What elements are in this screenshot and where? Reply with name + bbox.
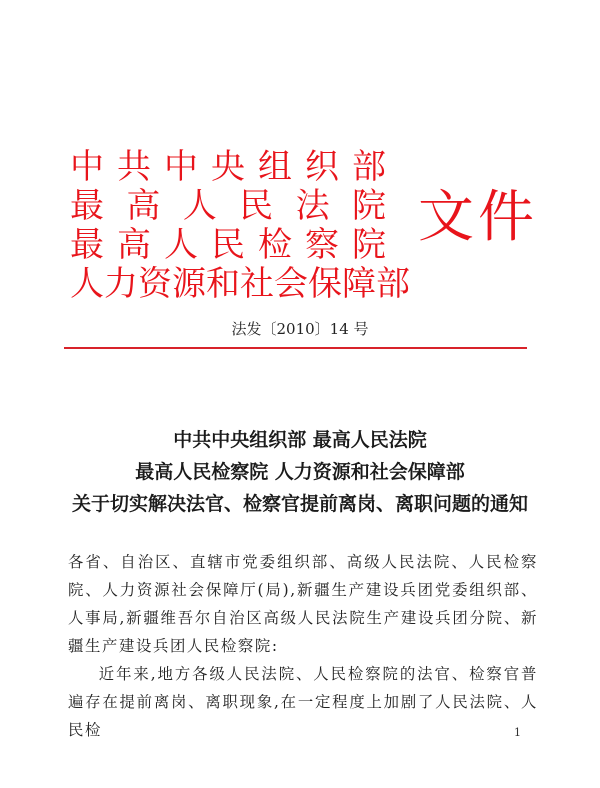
title-line-1: 中共中央组织部 最高人民法院 [0,424,600,456]
issuer-supreme-court: 最 高 人 民 法 院 [70,187,386,226]
issuer-char: 部 [352,148,386,187]
issuer-char: 源 [172,265,206,304]
issuer-char: 中 [164,148,198,187]
document-body: 各省、自治区、直辖市党委组织部、高级人民法院、人民检察院、人力资源社会保障厅(局… [68,548,538,744]
issuer-char: 人 [164,226,198,265]
issuer-char: 中 [70,148,104,187]
issuer-char: 高 [117,226,151,265]
issuer-char: 民 [211,226,245,265]
issuer-char: 高 [126,187,160,226]
issuer-human-resources-ministry: 人 力 资 源 和 社 会 保 障 部 [70,265,386,304]
issuer-char: 保 [308,265,342,304]
title-line-3: 关于切实解决法官、检察官提前离岗、离职问题的通知 [0,488,600,520]
issuer-char: 最 [70,187,104,226]
issuer-char: 组 [258,148,292,187]
issuer-char: 检 [258,226,292,265]
issuer-supreme-procuratorate: 最 高 人 民 检 察 院 [70,226,386,265]
issuer-char: 力 [104,265,138,304]
issuer-char: 和 [206,265,240,304]
issuer-char: 共 [117,148,151,187]
document-label: 文件 [418,188,538,248]
issuer-organization-department: 中 共 中 央 组 织 部 [70,148,386,187]
issuer-char: 织 [305,148,339,187]
issuer-char: 院 [352,187,386,226]
issuer-char: 民 [239,187,273,226]
issuer-char: 察 [305,226,339,265]
title-line-2: 最高人民检察院 人力资源和社会保障部 [0,456,600,488]
issuer-char: 院 [352,226,386,265]
body-paragraph-1: 近年来,地方各级人民法院、人民检察院的法官、检察官普遍存在提前离岗、离职现象,在… [68,660,538,744]
issuer-char: 障 [342,265,376,304]
issuer-char: 社 [240,265,274,304]
issuer-char: 会 [274,265,308,304]
issuer-char: 央 [211,148,245,187]
red-divider-line [64,347,527,349]
issuer-char: 最 [70,226,104,265]
addressees-paragraph: 各省、自治区、直辖市党委组织部、高级人民法院、人民检察院、人力资源社会保障厅(局… [68,548,538,660]
document-number: 法发〔2010〕14 号 [0,318,600,339]
issuer-char: 法 [296,187,330,226]
issuer-char: 人 [183,187,217,226]
page-number: 1 [514,726,521,739]
issuer-char: 部 [376,265,410,304]
issuing-agencies: 中 共 中 央 组 织 部 最 高 人 民 法 院 最 高 人 民 检 察 院 … [70,148,386,304]
document-title: 中共中央组织部 最高人民法院 最高人民检察院 人力资源和社会保障部 关于切实解决… [0,424,600,520]
issuer-char: 资 [138,265,172,304]
issuer-char: 人 [70,265,104,304]
